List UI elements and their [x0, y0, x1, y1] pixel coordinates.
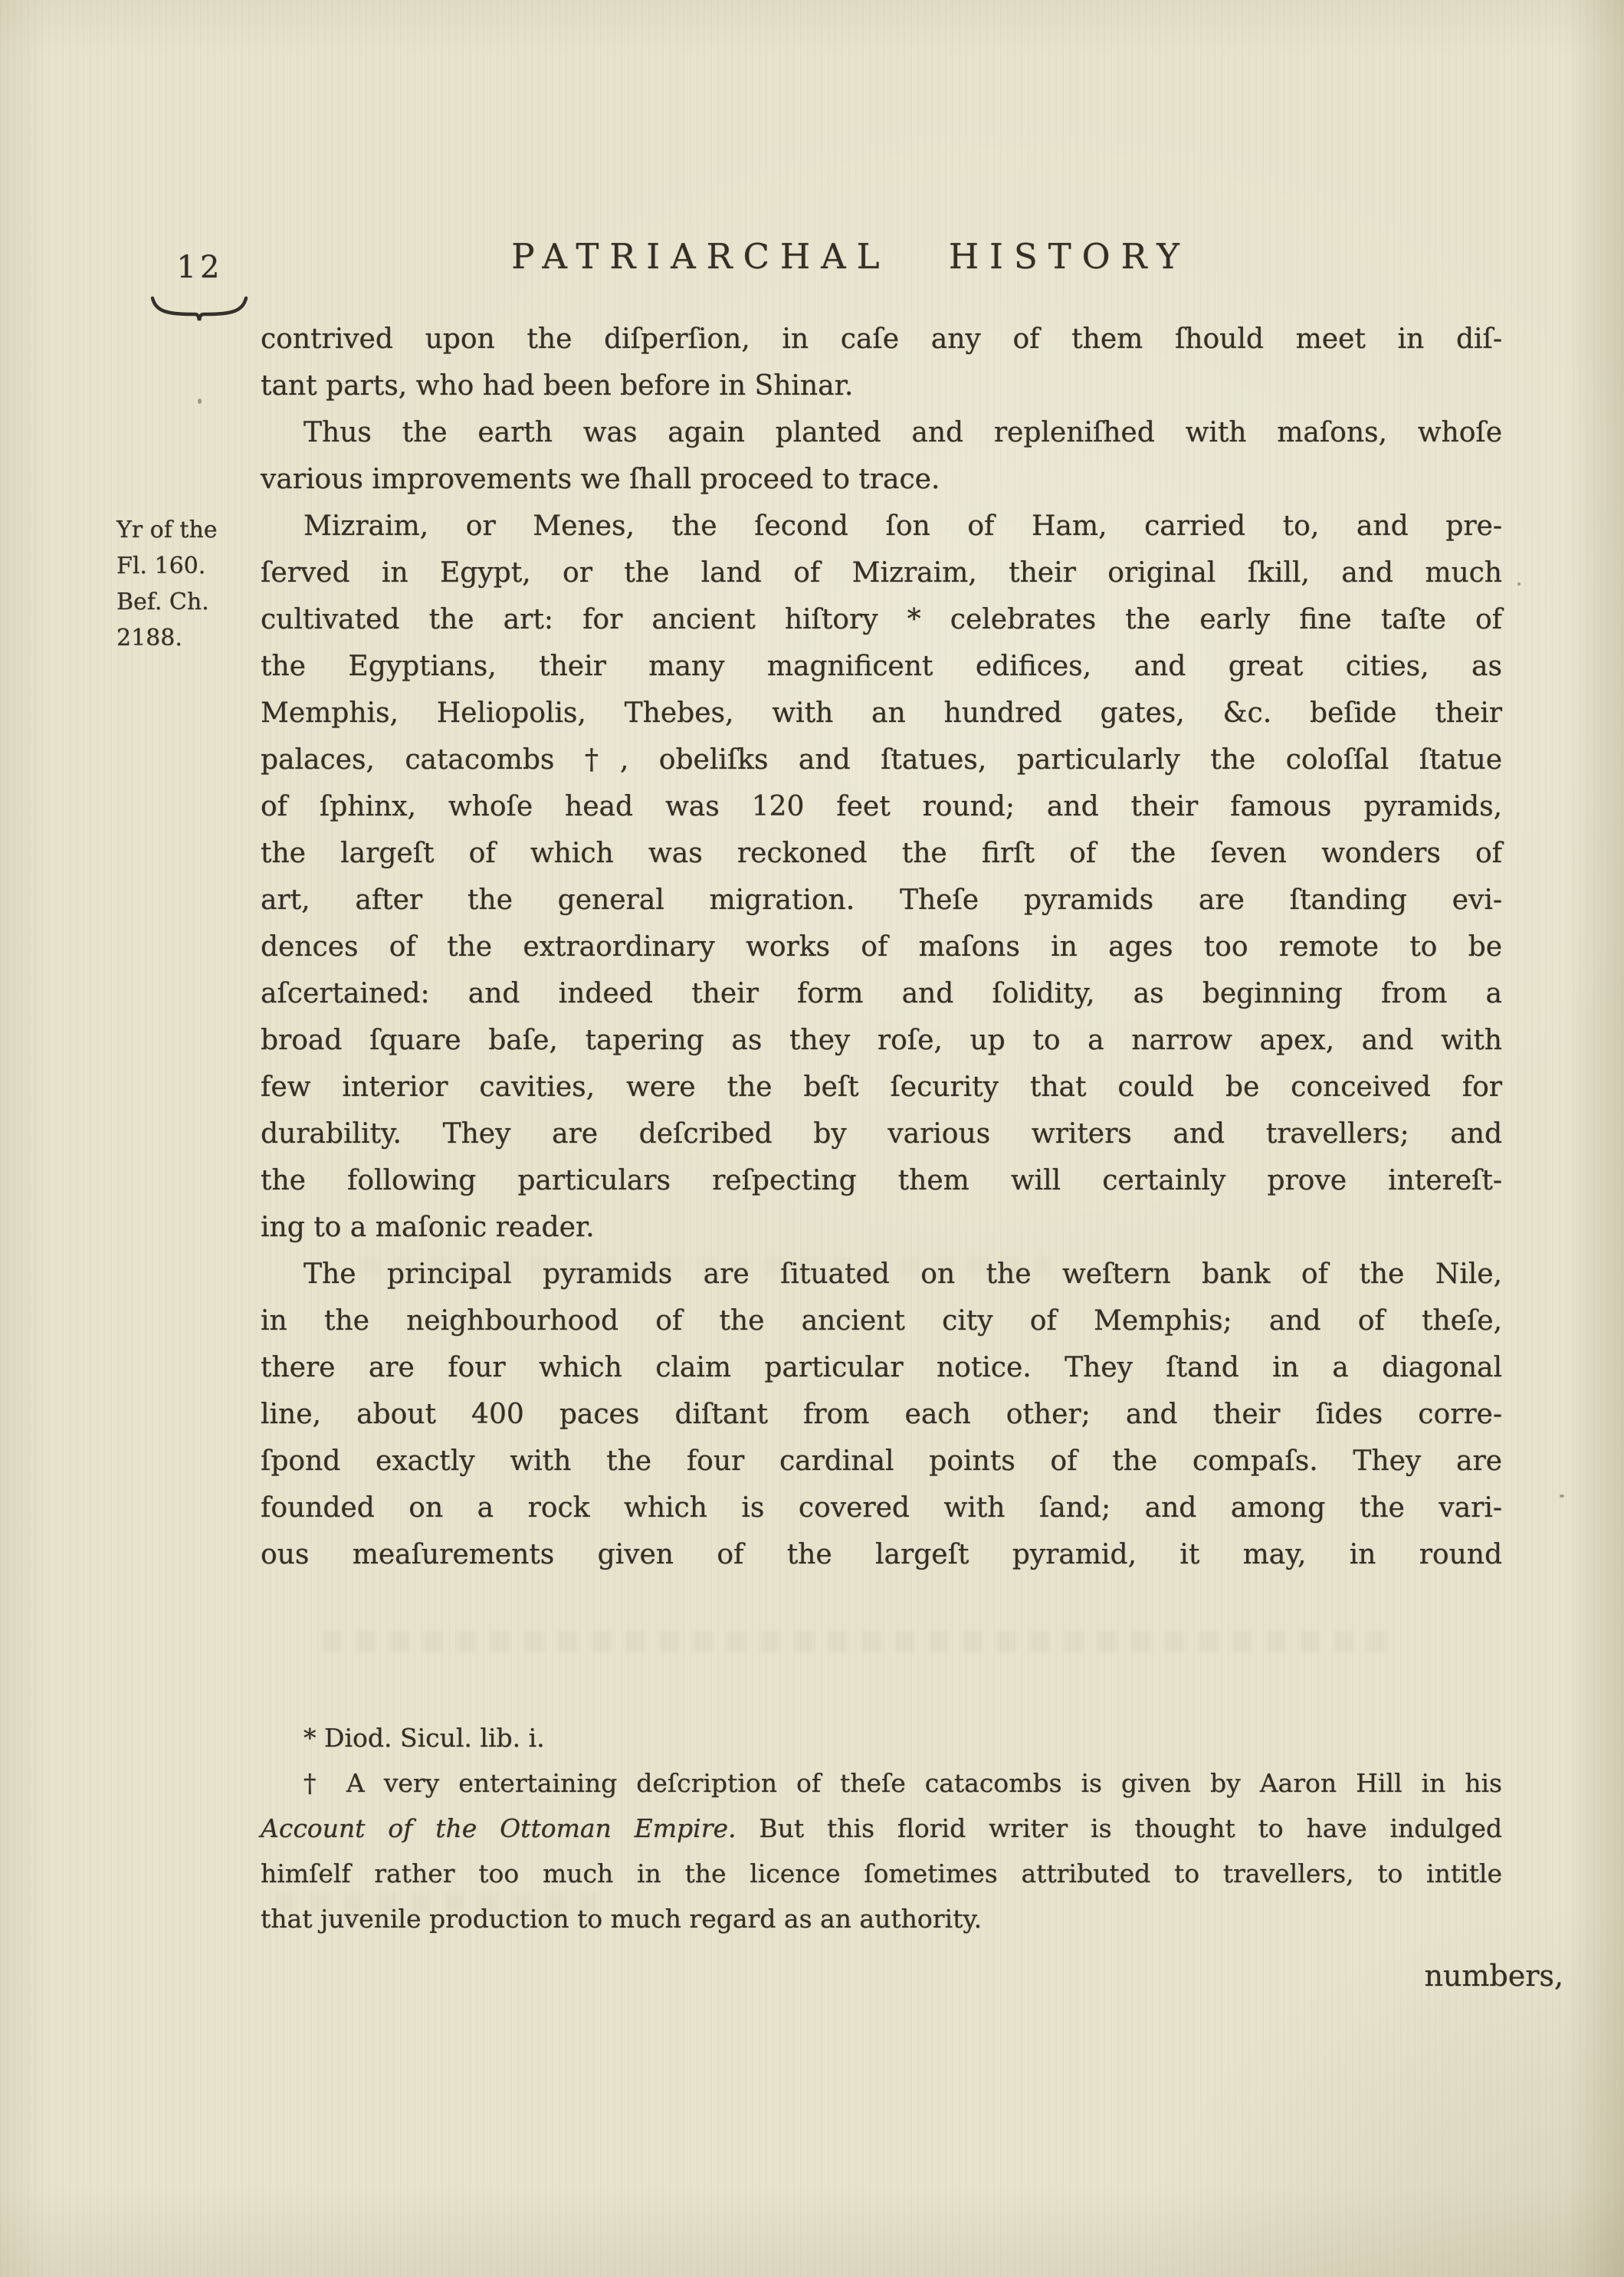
margin-note-line: 2188.: [116, 620, 254, 656]
text-segment: * Diod. Sicul. lib. i.: [303, 1723, 545, 1753]
footnotes: * Diod. Sicul. lib. i.† A very entertain…: [261, 1715, 1502, 1941]
body-text-line: contrived upon the diſperſion, in caſe a…: [261, 316, 1502, 363]
body-text-line: durability. They are deſcribed by variou…: [261, 1111, 1502, 1157]
footnote-line: Account of the Ottoman Empire. But this …: [261, 1806, 1502, 1851]
footnote-line: * Diod. Sicul. lib. i.: [261, 1715, 1502, 1760]
italic-text-segment: Account of the Ottoman Empire.: [261, 1813, 737, 1843]
body-text-line: various improvements we ſhall proceed to…: [261, 456, 1502, 503]
body-text-line: the Egyptians, their many magnificent ed…: [261, 643, 1502, 690]
body-text-line: ing to a maſonic reader.: [261, 1204, 1502, 1251]
catchword: numbers,: [261, 1959, 1563, 1993]
text-segment: But this florid writer is thought to hav…: [737, 1813, 1502, 1843]
text-segment: that juvenile production to much regard …: [261, 1904, 982, 1934]
body-text-line: the following particulars reſpecting the…: [261, 1157, 1502, 1204]
body-text-line: in the neighbourhood of the ancient city…: [261, 1298, 1502, 1344]
body-text-line: aſcertained: and indeed their form and ſ…: [261, 970, 1502, 1017]
show-through-smudge: [322, 1631, 1395, 1652]
margin-note-line: Yr of the: [116, 512, 254, 548]
body-text-line: art, after the general migration. Theſe …: [261, 877, 1502, 924]
paper-speck: [1560, 1494, 1564, 1498]
footnote-line: that juvenile production to much regard …: [261, 1896, 1502, 1941]
body-text-line: cultivated the art: for ancient hiſtory …: [261, 596, 1502, 643]
body-text: contrived upon the diſperſion, in caſe a…: [261, 316, 1502, 1578]
page-number-underbrace: [149, 293, 250, 323]
body-text-line: broad ſquare baſe, tapering as they roſe…: [261, 1017, 1502, 1064]
body-text-line: founded on a rock which is covered with …: [261, 1485, 1502, 1531]
margin-note-chronology: Yr of theFl. 160.Bef. Ch.2188.: [116, 512, 254, 656]
margin-note-line: Fl. 160.: [116, 548, 254, 584]
body-text-line: Mizraim, or Menes, the ſecond ſon of Ham…: [261, 503, 1502, 550]
paper-speck: [198, 399, 202, 404]
book-page-scan: 12 PATRIARCHAL HISTORY Yr of theFl. 160.…: [0, 0, 1624, 2277]
body-text-line: tant parts, who had been before in Shina…: [261, 363, 1502, 409]
paper-speck: [1517, 582, 1521, 586]
body-text-line: The principal pyramids are ſituated on t…: [261, 1251, 1502, 1298]
body-text-line: Memphis, Heliopolis, Thebes, with an hun…: [261, 690, 1502, 737]
body-text-line: the largeſt of which was reckoned the fi…: [261, 830, 1502, 877]
footnote-line: himſelf rather too much in the licence ſ…: [261, 1851, 1502, 1896]
footnote-line: † A very entertaining deſcription of the…: [261, 1760, 1502, 1806]
body-text-line: ous meaſurements given of the largeſt py…: [261, 1531, 1502, 1578]
page-title: PATRIARCHAL HISTORY: [215, 236, 1487, 277]
body-text-line: line, about 400 paces diſtant from each …: [261, 1391, 1502, 1438]
body-text-line: of ſphinx, whoſe head was 120 feet round…: [261, 783, 1502, 830]
body-text-line: ſpond exactly with the four cardinal poi…: [261, 1438, 1502, 1485]
margin-note-line: Bef. Ch.: [116, 584, 254, 620]
body-text-line: palaces, catacombs †, obeliſks and ſtatu…: [261, 737, 1502, 783]
body-text-line: few interior cavities, were the beſt ſec…: [261, 1064, 1502, 1111]
body-text-line: Thus the earth was again planted and rep…: [261, 409, 1502, 456]
body-text-line: dences of the extraordinary works of maſ…: [261, 924, 1502, 970]
text-segment: himſelf rather too much in the licence ſ…: [261, 1859, 1502, 1888]
body-text-line: ſerved in Egypt, or the land of Mizraim,…: [261, 550, 1502, 596]
text-segment: † A very entertaining deſcription of the…: [303, 1768, 1502, 1798]
body-text-line: there are four which claim particular no…: [261, 1344, 1502, 1391]
